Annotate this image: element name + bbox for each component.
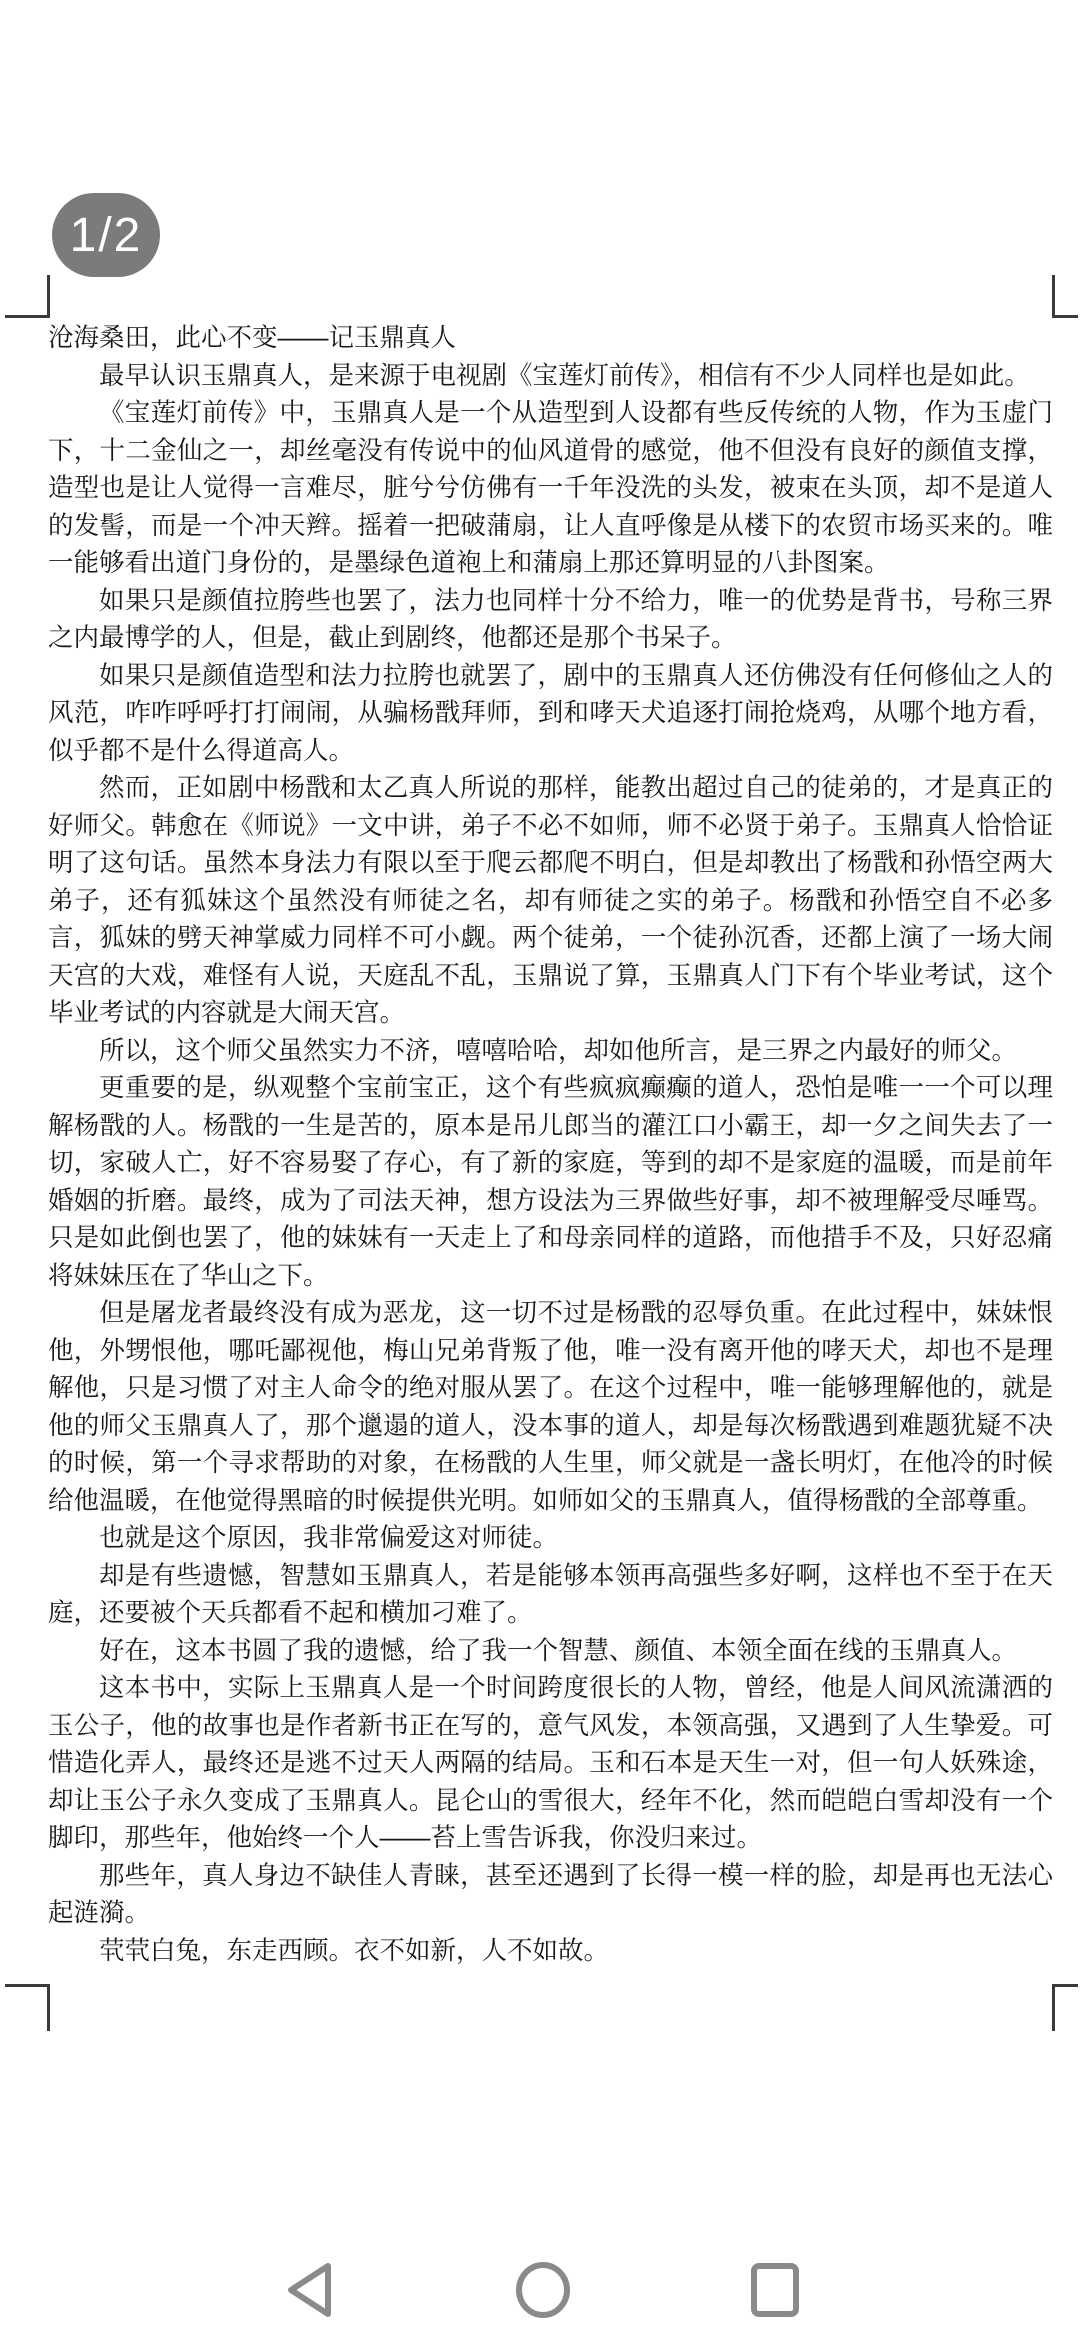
- home-button[interactable]: [503, 2250, 583, 2330]
- paragraph: 所以，这个师父虽然实力不济，嘻嘻哈哈，却如他所言，是三界之内最好的师父。: [48, 1033, 1053, 1071]
- back-icon: [283, 2259, 335, 2321]
- paragraph: 《宝莲灯前传》中，玉鼎真人是一个从造型到人设都有些反传统的人物，作为玉虚门下，十…: [48, 395, 1053, 583]
- document-page: 沧海桑田，此心不变——记玉鼎真人 最早认识玉鼎真人，是来源于电视剧《宝莲灯前传》…: [48, 320, 1053, 1970]
- paragraph: 如果只是颜值拉胯些也罢了，法力也同样十分不给力，唯一的优势是背书，号称三界之内最…: [48, 583, 1053, 658]
- recents-button[interactable]: [735, 2250, 815, 2330]
- paragraph: 然而，正如剧中杨戬和太乙真人所说的那样，能教出超过自己的徒弟的，才是真正的好师父…: [48, 770, 1053, 1033]
- page-indicator-label: 1/2: [70, 208, 143, 263]
- recents-icon: [750, 2262, 800, 2318]
- paragraph: 如果只是颜值造型和法力拉胯也就罢了，剧中的玉鼎真人还仿佛没有任何修仙之人的风范，…: [48, 658, 1053, 771]
- paragraph: 更重要的是，纵观整个宝前宝正，这个有些疯疯癫癫的道人，恐怕是唯一一个可以理解杨戬…: [48, 1070, 1053, 1295]
- corner-mark-top-left: [5, 275, 50, 318]
- page-indicator-badge: 1/2: [52, 193, 160, 277]
- paragraph: 好在，这本书圆了我的遗憾，给了我一个智慧、颜值、本领全面在线的玉鼎真人。: [48, 1633, 1053, 1671]
- article-title: 沧海桑田，此心不变——记玉鼎真人: [48, 320, 1053, 358]
- corner-mark-top-right: [1052, 275, 1078, 318]
- corner-mark-bottom-left: [5, 1984, 50, 2031]
- paragraph: 茕茕白兔，东走西顾。衣不如新，人不如故。: [48, 1933, 1053, 1971]
- paragraph: 也就是这个原因，我非常偏爱这对师徒。: [48, 1520, 1053, 1558]
- paragraph: 最早认识玉鼎真人，是来源于电视剧《宝莲灯前传》，相信有不少人同样也是如此。: [48, 358, 1053, 396]
- paragraph: 那些年，真人身边不缺佳人青睐，甚至还遇到了长得一模一样的脸，却是再也无法心起涟漪…: [48, 1858, 1053, 1933]
- android-nav-bar: [0, 2220, 1080, 2340]
- back-button[interactable]: [269, 2250, 349, 2330]
- paragraph: 却是有些遗憾，智慧如玉鼎真人，若是能够本领再高强些多好啊，这样也不至于在天庭，还…: [48, 1558, 1053, 1633]
- paragraph: 这本书中，实际上玉鼎真人是一个时间跨度很长的人物，曾经，他是人间风流潇洒的玉公子…: [48, 1670, 1053, 1858]
- home-icon: [514, 2261, 572, 2319]
- paragraph: 但是屠龙者最终没有成为恶龙，这一切不过是杨戬的忍辱负重。在此过程中，妹妹恨他，外…: [48, 1295, 1053, 1520]
- corner-mark-bottom-right: [1052, 1984, 1078, 2031]
